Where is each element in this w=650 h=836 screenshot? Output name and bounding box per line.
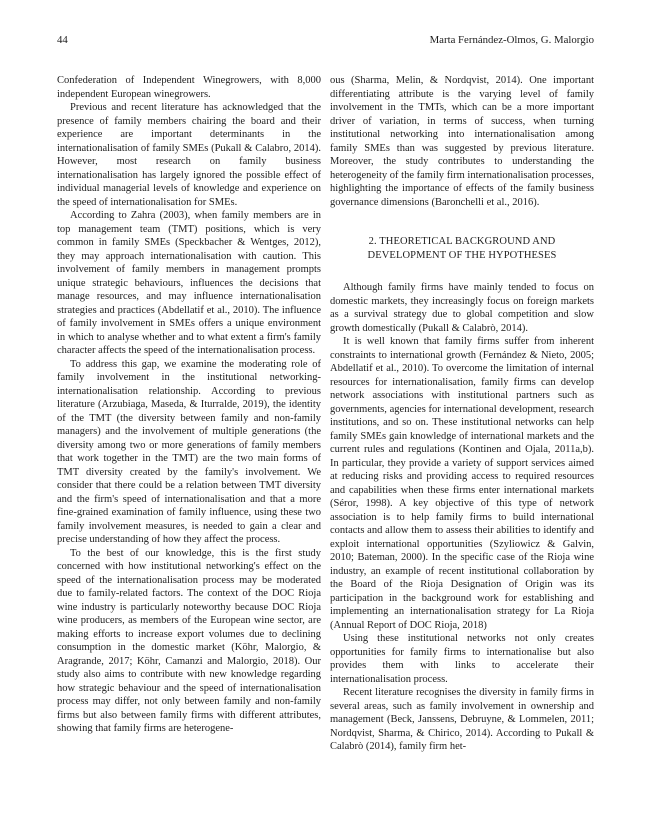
section-heading-line1: 2. THEORETICAL BACKGROUND AND (369, 236, 556, 247)
body-paragraph: According to Zahra (2003), when family m… (57, 209, 321, 358)
body-paragraph: Recent literature recognises the diversi… (330, 686, 594, 754)
paper-page: 44 Marta Fernández-Olmos, G. Malorgio Co… (0, 0, 650, 836)
two-column-body: Confederation of Independent Winegrowers… (57, 74, 594, 754)
page-header: 44 Marta Fernández-Olmos, G. Malorgio (57, 34, 594, 47)
left-column: Confederation of Independent Winegrowers… (57, 74, 321, 754)
page-number: 44 (57, 34, 68, 47)
running-head-authors: Marta Fernández-Olmos, G. Malorgio (430, 34, 594, 47)
section-heading: 2. THEORETICAL BACKGROUND AND DEVELOPMEN… (340, 235, 584, 263)
body-paragraph: Using these institutional networks not o… (330, 632, 594, 686)
body-paragraph: Confederation of Independent Winegrowers… (57, 74, 321, 101)
body-paragraph: Although family firms have mainly tended… (330, 281, 594, 335)
body-paragraph: ous (Sharma, Melin, & Nordqvist, 2014). … (330, 74, 594, 209)
section-heading-line2: DEVELOPMENT OF THE HYPOTHESES (368, 250, 557, 261)
body-paragraph: To address this gap, we examine the mode… (57, 358, 321, 547)
body-paragraph: It is well known that family firms suffe… (330, 335, 594, 632)
body-paragraph: To the best of our knowledge, this is th… (57, 547, 321, 736)
right-column: ous (Sharma, Melin, & Nordqvist, 2014). … (330, 74, 594, 754)
body-paragraph: Previous and recent literature has ackno… (57, 101, 321, 209)
